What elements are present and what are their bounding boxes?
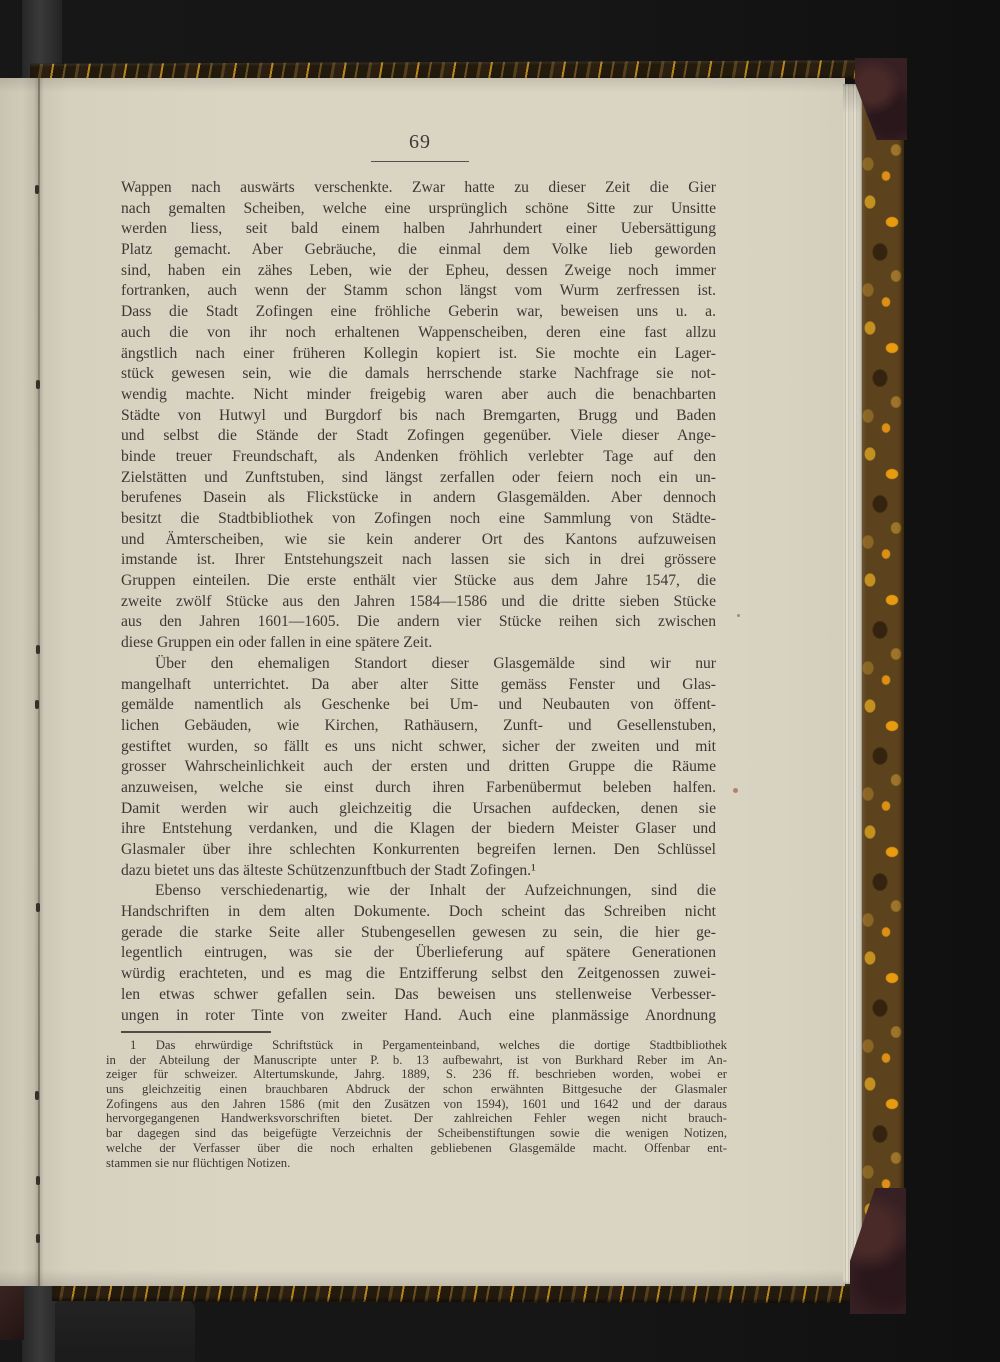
text-line: Städte von Hutwyl und Burgdorf bis nach … (121, 406, 716, 427)
text-line: uns gleichzeitig einen brauchbaren Abdru… (106, 1082, 727, 1097)
text-line: dazu bietet uns das älteste Schützenzunf… (121, 861, 716, 882)
text-line: gestiftet wurden, so fällt es uns nicht … (121, 737, 716, 758)
text-line: zeiger für schweizer. Altertumskunde, Ja… (106, 1067, 727, 1082)
page-edge-mark (35, 700, 39, 709)
text-line: Platz gemacht. Aber Gebräuche, die einma… (121, 240, 716, 261)
text-line: Glasmaler über ihre schlechten Konkurren… (121, 840, 716, 861)
page-edge-mark (36, 380, 40, 389)
text-line: Zielstätten und Zunftstuben, sind längst… (121, 468, 716, 489)
page-blemish (733, 788, 738, 793)
text-line: berufenes Dasein als Flickstücke in ande… (121, 488, 716, 509)
text-line: anzuweisen, welche sie einst durch ihren… (121, 778, 716, 799)
page-number: 69 (371, 131, 469, 162)
text-line: bar dagegen sind das beigefügte Verzeich… (106, 1126, 727, 1141)
marbled-cover-edge (862, 62, 904, 1312)
text-line: aus den Jahren 1601—1605. Die andern vie… (121, 612, 716, 633)
text-line: grosser Wahrscheinlichkeit auch der erst… (121, 757, 716, 778)
text-line: in der Abteilung der Manuscripte unter P… (106, 1053, 727, 1068)
scanned-book-page: 69 Wappen nach auswärts verschenkte. Zwa… (0, 0, 1000, 1362)
text-line: zweite zwölf Stücke aus den Jahren 1584—… (121, 592, 716, 613)
text-line: binde treuer Freundschaft, als Andenken … (121, 447, 716, 468)
footnote-separator (121, 1031, 271, 1033)
body-text: Wappen nach auswärts verschenkte. Zwar h… (121, 178, 716, 1026)
book-page: 69 Wappen nach auswärts verschenkte. Zwa… (0, 78, 845, 1286)
text-line: und selbst die Stände der Stadt Zofingen… (121, 426, 716, 447)
text-line: gerade die starke Seite aller Stubengese… (121, 923, 716, 944)
text-line: werden liess, seit bald einem halben Jah… (121, 219, 716, 240)
text-line: wendig machte. Nicht minder freigebig wa… (121, 385, 716, 406)
text-line: Gruppen einteilen. Die erste enthält vie… (121, 571, 716, 592)
text-line: ihre Entstehung verdanken, und die Klage… (121, 819, 716, 840)
text-line: nach gemalten Scheiben, welche eine ursp… (121, 199, 716, 220)
text-line: auch die von ihr noch erhaltenen Wappens… (121, 323, 716, 344)
text-line: ängstlich nach einer früheren Kollegin k… (121, 344, 716, 365)
page-edge-mark (36, 1176, 40, 1185)
text-line: Damit werden wir auch gleichzeitig die U… (121, 799, 716, 820)
text-line: hervorgegangenen Handwerksvorschriften b… (106, 1111, 727, 1126)
text-line: mangelhaft unterrichtet. Da aber alter S… (121, 675, 716, 696)
text-line: besitzt die Stadtbibliothek von Zofingen… (121, 509, 716, 530)
page-gutter (38, 78, 40, 1286)
text-line: lichen Gebäuden, wie Kirchen, Rathäusern… (121, 716, 716, 737)
text-line: und Ämterscheiben, wie sie kein anderer … (121, 530, 716, 551)
text-line: Ebenso verschiedenartig, wie der Inhalt … (121, 881, 716, 902)
leather-corner-bottom-left (0, 1284, 24, 1340)
text-line: stammen sie nur flüchtigen Notizen. (106, 1156, 727, 1171)
page-edge-mark (36, 1234, 40, 1243)
text-line: welche der Verfasser über die noch erhal… (106, 1141, 727, 1156)
text-line: fortranken, auch wenn der Stamm schon lä… (121, 281, 716, 302)
text-line: stück gewesen sein, wie die damals herrs… (121, 364, 716, 385)
page-number-text: 69 (409, 131, 431, 153)
text-line: ungen in roter Tinte von zweiter Hand. A… (121, 1006, 716, 1027)
text-line: Dass die Stadt Zofingen eine fröhliche G… (121, 302, 716, 323)
text-line: len etwas schwer gefallen sein. Das bewe… (121, 985, 716, 1006)
page-edge-mark (36, 645, 40, 654)
page-blemish (737, 614, 740, 617)
text-line: 1 Das ehrwürdige Schriftstück in Pergame… (106, 1038, 727, 1053)
text-line: Über den ehemaligen Standort dieser Glas… (121, 654, 716, 675)
text-line: würdig erachteten, und es mag die Entzif… (121, 964, 716, 985)
text-line: imstande ist. Ihrer Entstehungszeit nach… (121, 550, 716, 571)
text-line: sind, haben ein zähes Leben, wie der Eph… (121, 261, 716, 282)
page-edge-mark (35, 1091, 39, 1100)
text-line: legentlich eintrugen, was sie der Überli… (121, 943, 716, 964)
text-line: Zofingens aus den Jahren 1586 (mit den Z… (106, 1097, 727, 1112)
page-edge-mark (35, 185, 39, 194)
text-line: gemälde namentlich als Geschenke bei Um-… (121, 695, 716, 716)
page-edge-mark (36, 903, 40, 912)
text-line: Handschriften in dem alten Dokumente. Do… (121, 902, 716, 923)
footnote-text: 1 Das ehrwürdige Schriftstück in Pergame… (106, 1038, 727, 1170)
text-line: Wappen nach auswärts verschenkte. Zwar h… (121, 178, 716, 199)
text-line: diese Gruppen ein oder fallen in eine sp… (121, 633, 716, 654)
book-board-bottom (55, 1300, 195, 1362)
